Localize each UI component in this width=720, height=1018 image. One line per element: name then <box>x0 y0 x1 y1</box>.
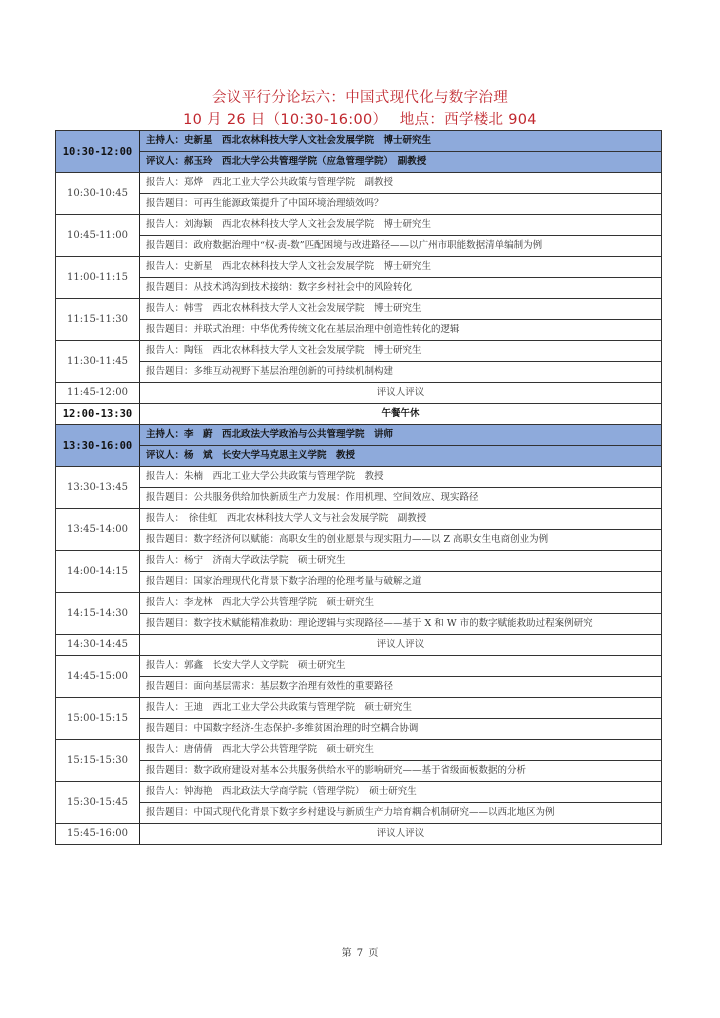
slot-time: 13:30-13:45 <box>56 467 140 509</box>
review-label: 评议人评议 <box>140 635 662 656</box>
session-host-row: 13:30-16:00 主持人：李 蔚 西北政法大学政治与公共管理学院 讲师 <box>56 425 662 446</box>
page-number: 第 7 页 <box>0 944 720 959</box>
topic: 报告题目：面向基层需求：基层数字治理有效性的重要路径 <box>140 677 662 698</box>
presenter: 报告人：王迪 西北工业大学公共政策与管理学院 硕士研究生 <box>140 698 662 719</box>
presenter: 报告人： 徐佳虹 西北农林科技大学人文与社会发展学院 副教授 <box>140 509 662 530</box>
table-row: 报告题目：面向基层需求：基层数字治理有效性的重要路径 <box>56 677 662 698</box>
presenter: 报告人：刘海颖 西北农林科技大学人文社会发展学院 博士研究生 <box>140 215 662 236</box>
slot-time: 11:30-11:45 <box>56 341 140 383</box>
session-reviewer-row: 评议人：杨 斌 长安大学马克思主义学院 教授 <box>56 446 662 467</box>
presenter: 报告人：韩雪 西北农林科技大学人文社会发展学院 博士研究生 <box>140 299 662 320</box>
topic: 报告题目：可再生能源政策提升了中国环境治理绩效吗？ <box>140 194 662 215</box>
presenter: 报告人：郭鑫 长安大学人文学院 硕士研究生 <box>140 656 662 677</box>
table-row: 14:45-15:00 报告人：郭鑫 长安大学人文学院 硕士研究生 <box>56 656 662 677</box>
slot-time: 13:45-14:00 <box>56 509 140 551</box>
slot-time: 15:30-15:45 <box>56 782 140 824</box>
table-row: 报告题目：政府数据治理中“权-责-数”匹配困境与改进路径——以广州市职能数据清单… <box>56 236 662 257</box>
presenter: 报告人：史新星 西北农林科技大学人文社会发展学院 博士研究生 <box>140 257 662 278</box>
table-row: 报告题目：从技术鸿沟到技术接纳：数字乡村社会中的风险转化 <box>56 278 662 299</box>
host-info: 主持人：李 蔚 西北政法大学政治与公共管理学院 讲师 <box>140 425 662 446</box>
lunch-row: 12:00-13:30 午餐午休 <box>56 404 662 425</box>
session-time: 13:30-16:00 <box>56 425 140 467</box>
topic: 报告题目：并联式治理：中华优秀传统文化在基层治理中创造性转化的逻辑 <box>140 320 662 341</box>
table-row: 报告题目：国家治理现代化背景下数字治理的伦理考量与破解之道 <box>56 572 662 593</box>
table-row: 报告题目：公共服务供给加快新质生产力发展：作用机理、空间效应、现实路径 <box>56 488 662 509</box>
topic: 报告题目：数字技术赋能精准救助：理论逻辑与实现路径——基于 X 和 W 市的数字… <box>140 614 662 635</box>
forum-title: 会议平行分论坛六：中国式现代化与数字治理 <box>0 86 720 107</box>
session-reviewer-row: 评议人：郝玉玲 西北大学公共管理学院（应急管理学院） 副教授 <box>56 152 662 173</box>
slot-time: 11:45-12:00 <box>56 383 140 404</box>
reviewer-info: 评议人：郝玉玲 西北大学公共管理学院（应急管理学院） 副教授 <box>140 152 662 173</box>
table-row: 14:15-14:30 报告人：李龙林 西北大学公共管理学院 硕士研究生 <box>56 593 662 614</box>
table-row: 10:30-10:45 报告人：郑烨 西北工业大学公共政策与管理学院 副教授 <box>56 173 662 194</box>
slot-time: 10:45-11:00 <box>56 215 140 257</box>
slot-time: 11:00-11:15 <box>56 257 140 299</box>
review-label: 评议人评议 <box>140 824 662 845</box>
table-row: 报告题目：多维互动视野下基层治理创新的可持续机制构建 <box>56 362 662 383</box>
presenter: 报告人：陶钰 西北农林科技大学人文社会发展学院 博士研究生 <box>140 341 662 362</box>
topic: 报告题目：多维互动视野下基层治理创新的可持续机制构建 <box>140 362 662 383</box>
table-row: 15:00-15:15 报告人：王迪 西北工业大学公共政策与管理学院 硕士研究生 <box>56 698 662 719</box>
table-row: 报告题目：数字政府建设对基本公共服务供给水平的影响研究——基于省级面板数据的分析 <box>56 761 662 782</box>
table-row: 13:30-13:45 报告人：朱楠 西北工业大学公共政策与管理学院 教授 <box>56 467 662 488</box>
topic: 报告题目：政府数据治理中“权-责-数”匹配困境与改进路径——以广州市职能数据清单… <box>140 236 662 257</box>
table-row: 报告题目：数字技术赋能精准救助：理论逻辑与实现路径——基于 X 和 W 市的数字… <box>56 614 662 635</box>
table-row: 报告题目：中国数字经济-生态保护-多维贫困治理的时空耦合协调 <box>56 719 662 740</box>
table-row: 报告题目：数字经济何以赋能：高职女生的创业愿景与现实阻力——以 Z 高职女生电商… <box>56 530 662 551</box>
topic: 报告题目：国家治理现代化背景下数字治理的伦理考量与破解之道 <box>140 572 662 593</box>
host-info: 主持人：史新星 西北农林科技大学人文社会发展学院 博士研究生 <box>140 131 662 152</box>
reviewer-info: 评议人：杨 斌 长安大学马克思主义学院 教授 <box>140 446 662 467</box>
presenter: 报告人：唐倩倩 西北大学公共管理学院 硕士研究生 <box>140 740 662 761</box>
table-row: 15:30-15:45 报告人：钟海艳 西北政法大学商学院（管理学院） 硕士研究… <box>56 782 662 803</box>
table-row: 14:00-14:15 报告人：杨宁 济南大学政法学院 硕士研究生 <box>56 551 662 572</box>
review-label: 评议人评议 <box>140 383 662 404</box>
schedule-table: 10:30-12:00 主持人：史新星 西北农林科技大学人文社会发展学院 博士研… <box>55 130 662 845</box>
table-row: 10:45-11:00 报告人：刘海颖 西北农林科技大学人文社会发展学院 博士研… <box>56 215 662 236</box>
table-row: 11:30-11:45 报告人：陶钰 西北农林科技大学人文社会发展学院 博士研究… <box>56 341 662 362</box>
topic: 报告题目：公共服务供给加快新质生产力发展：作用机理、空间效应、现实路径 <box>140 488 662 509</box>
table-row: 13:45-14:00 报告人： 徐佳虹 西北农林科技大学人文与社会发展学院 副… <box>56 509 662 530</box>
review-row: 15:45-16:00 评议人评议 <box>56 824 662 845</box>
topic: 报告题目：中国数字经济-生态保护-多维贫困治理的时空耦合协调 <box>140 719 662 740</box>
slot-time: 15:00-15:15 <box>56 698 140 740</box>
topic: 报告题目：数字经济何以赋能：高职女生的创业愿景与现实阻力——以 Z 高职女生电商… <box>140 530 662 551</box>
presenter: 报告人：李龙林 西北大学公共管理学院 硕士研究生 <box>140 593 662 614</box>
slot-time: 15:45-16:00 <box>56 824 140 845</box>
slot-time: 11:15-11:30 <box>56 299 140 341</box>
slot-time: 14:00-14:15 <box>56 551 140 593</box>
session-host-row: 10:30-12:00 主持人：史新星 西北农林科技大学人文社会发展学院 博士研… <box>56 131 662 152</box>
table-row: 11:15-11:30 报告人：韩雪 西北农林科技大学人文社会发展学院 博士研究… <box>56 299 662 320</box>
lunch-label: 午餐午休 <box>140 404 662 425</box>
session-time: 10:30-12:00 <box>56 131 140 173</box>
table-row: 报告题目：并联式治理：中华优秀传统文化在基层治理中创造性转化的逻辑 <box>56 320 662 341</box>
review-row: 11:45-12:00 评议人评议 <box>56 383 662 404</box>
review-row: 14:30-14:45 评议人评议 <box>56 635 662 656</box>
topic: 报告题目：数字政府建设对基本公共服务供给水平的影响研究——基于省级面板数据的分析 <box>140 761 662 782</box>
slot-time: 14:30-14:45 <box>56 635 140 656</box>
table-row: 15:15-15:30 报告人：唐倩倩 西北大学公共管理学院 硕士研究生 <box>56 740 662 761</box>
topic: 报告题目：从技术鸿沟到技术接纳：数字乡村社会中的风险转化 <box>140 278 662 299</box>
lunch-time: 12:00-13:30 <box>56 404 140 425</box>
table-row: 报告题目：可再生能源政策提升了中国环境治理绩效吗？ <box>56 194 662 215</box>
presenter: 报告人：杨宁 济南大学政法学院 硕士研究生 <box>140 551 662 572</box>
table-row: 报告题目：中国式现代化背景下数字乡村建设与新质生产力培育耦合机制研究——以西北地… <box>56 803 662 824</box>
slot-time: 15:15-15:30 <box>56 740 140 782</box>
presenter: 报告人：朱楠 西北工业大学公共政策与管理学院 教授 <box>140 467 662 488</box>
topic: 报告题目：中国式现代化背景下数字乡村建设与新质生产力培育耦合机制研究——以西北地… <box>140 803 662 824</box>
slot-time: 10:30-10:45 <box>56 173 140 215</box>
presenter: 报告人：郑烨 西北工业大学公共政策与管理学院 副教授 <box>140 173 662 194</box>
slot-time: 14:15-14:30 <box>56 593 140 635</box>
presenter: 报告人：钟海艳 西北政法大学商学院（管理学院） 硕士研究生 <box>140 782 662 803</box>
slot-time: 14:45-15:00 <box>56 656 140 698</box>
table-row: 11:00-11:15 报告人：史新星 西北农林科技大学人文社会发展学院 博士研… <box>56 257 662 278</box>
forum-date-location: 10 月 26 日（10:30-16:00） 地点：西学楼北 904 <box>0 108 720 129</box>
